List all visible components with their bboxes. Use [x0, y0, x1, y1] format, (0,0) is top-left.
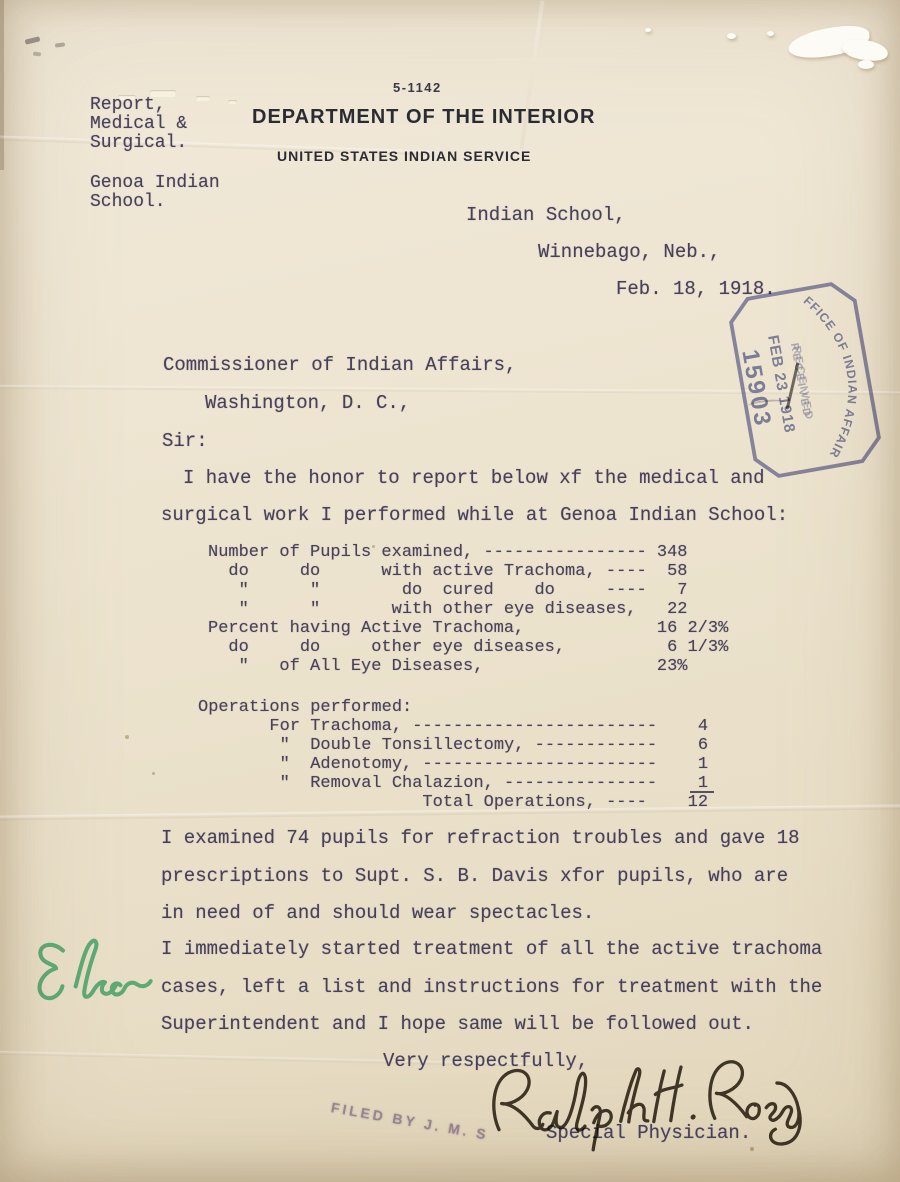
operations-row: " Double Tonsillectomy, ------------ 6: [198, 736, 708, 755]
operations-row: For Trachoma, ------------------------ 4: [198, 717, 708, 736]
body-p1-line: I have the honor to report below xf the …: [183, 468, 765, 488]
operations-total-row: Total Operations, ---- 12: [198, 793, 708, 812]
sig-R2: [708, 1061, 747, 1119]
paper-speck: [767, 31, 774, 36]
emboss-mark: [228, 100, 237, 104]
form-number: 5-1142: [393, 80, 442, 95]
operations-row: " Adenotomy, ----------------------- 1: [198, 755, 708, 774]
body-p2-line: I examined 74 pupils for refraction trou…: [161, 828, 800, 848]
letterhead-department: DEPARTMENT OF THE INTERIOR: [252, 106, 595, 129]
body-p3-line: Superintendent and I hope same will be f…: [161, 1014, 754, 1034]
emboss-mark: [196, 96, 210, 101]
sig-p: [591, 1106, 613, 1150]
script-letter-e-cap: [37, 944, 67, 999]
body-p3-line: cases, left a list and instructions for …: [161, 977, 822, 997]
exam-table-row: " of All Eye Diseases, 23%: [208, 657, 687, 676]
margin-school-line: School.: [90, 193, 166, 212]
exam-table-row: " " do cured do ---- 7: [208, 581, 687, 600]
sig-h: [618, 1068, 648, 1122]
signature: [477, 1041, 812, 1171]
script-letter-e: [111, 981, 151, 995]
body-p3-line: I immediately started treatment of all t…: [161, 939, 822, 959]
sig-ss: [765, 1082, 800, 1129]
body-p2-line: prescriptions to Supt. S. B. Davis xfor …: [161, 866, 788, 886]
dateline-place: Indian School,: [466, 205, 626, 225]
smudge-mark: [25, 36, 41, 44]
margin-note-line: Report,: [90, 96, 166, 115]
exam-table-row: do do other eye diseases, 6 1/3%: [208, 638, 728, 657]
stamp-arc-text: OFFICE OF INDIAN AFFAIRS: [796, 275, 889, 463]
paper-speck: [125, 735, 129, 739]
paper-speck: [152, 772, 155, 775]
exam-table-row: Percent having Active Trachoma, 16 2/3%: [208, 619, 728, 638]
operations-heading: Operations performed:: [198, 698, 412, 717]
scanned-letter-page: 5-1142 Report, Medical & Surgical. DEPAR…: [0, 0, 900, 1182]
filed-stamp: FILED BY J. M. S: [330, 1099, 490, 1143]
sig-period: [692, 1116, 694, 1118]
paper-speck: [727, 33, 736, 39]
received-stamp-svg: OFFICE OF INDIAN AFFAIRS RECEIVED RECEIV…: [722, 275, 889, 486]
margin-note-line: Medical &: [90, 115, 187, 134]
scan-edge-shadow: [0, 0, 4, 170]
paper-speck: [645, 28, 651, 32]
exam-table-row: " " with other eye diseases, 22: [208, 600, 687, 619]
recipient-line: Washington, D. C.,: [205, 393, 410, 413]
sig-R1: [492, 1069, 543, 1130]
sig-al: [537, 1073, 588, 1132]
torn-paper-patch: [841, 38, 889, 63]
body-p2-line: in need of and should wear spectacles.: [161, 903, 594, 923]
signature-script-svg: [477, 1041, 812, 1166]
smudge-mark: [55, 42, 65, 47]
operations-row: " Removal Chalazion, --------------- 1: [198, 774, 708, 793]
margin-note-line: Surgical.: [90, 134, 187, 153]
received-stamp: OFFICE OF INDIAN AFFAIRS RECEIVED RECEIV…: [722, 275, 889, 486]
letterhead-service: UNITED STATES INDIAN SERVICE: [277, 148, 531, 164]
smudge-mark: [33, 52, 41, 57]
exam-table-row: do do with active Trachoma, ---- 58: [208, 562, 687, 581]
recipient-line: Commissioner of Indian Affairs,: [163, 355, 516, 375]
margin-script-svg: [27, 930, 154, 1010]
margin-school-line: Genoa Indian: [90, 174, 220, 193]
margin-handwriting: [27, 930, 154, 1015]
salutation: Sir:: [162, 431, 208, 451]
exam-table-row: Number of Pupils examined, -------------…: [208, 543, 687, 562]
sig-o: [747, 1104, 760, 1119]
sig-H: [651, 1067, 684, 1121]
torn-paper-patch: [858, 60, 874, 69]
dateline-city: Winnebago, Neb.,: [538, 242, 720, 262]
body-p1-line: surgical work I performed while at Genoa…: [161, 505, 788, 525]
